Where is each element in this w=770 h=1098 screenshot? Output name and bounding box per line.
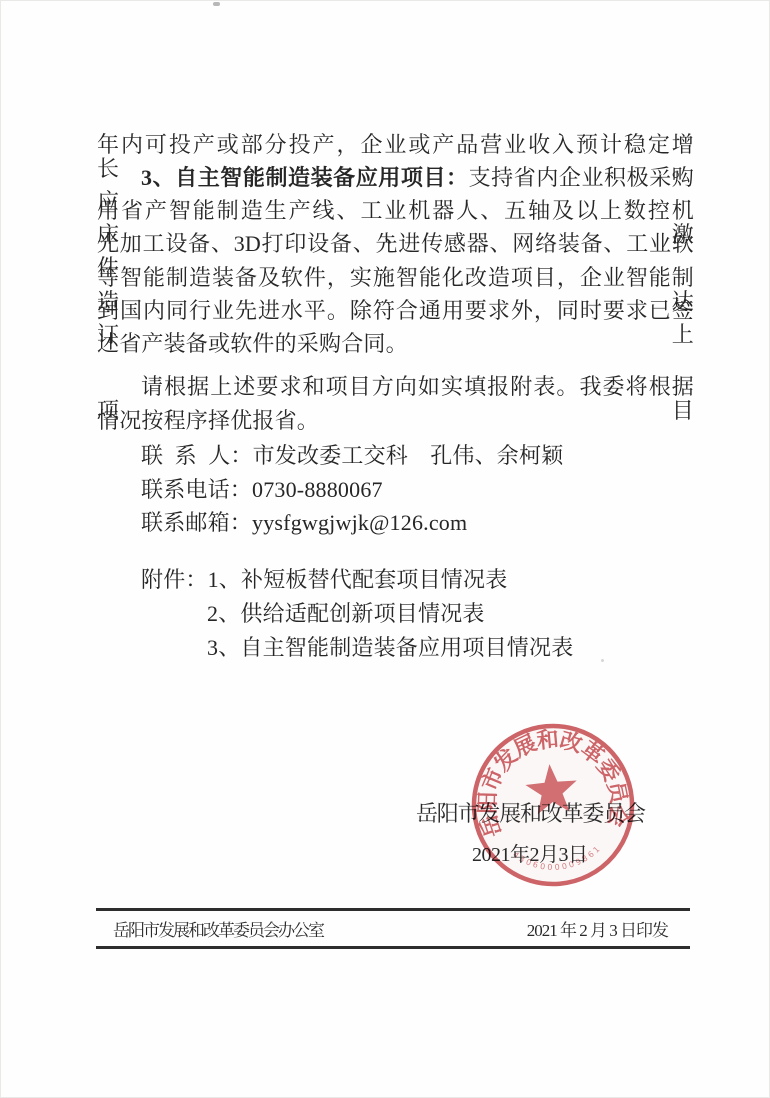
footer-rule-bottom <box>96 946 690 949</box>
body-line: 等智能制造装备及软件，实施智能化改造项目，企业智能制造达 <box>97 266 694 290</box>
scan-speck <box>213 2 220 6</box>
contact-email-line: 联系邮箱：yysfgwgjwjk@126.com <box>97 511 694 535</box>
attachments-line-3: 3、自主智能制造装备应用项目情况表 <box>207 636 770 660</box>
body-line: 述省产装备或软件的采购合同。 <box>97 332 694 356</box>
closing-line: 情况按程序择优报省。 <box>97 409 694 433</box>
body-line: 光加工设备、3D打印设备、先进传感器、网络装备、工业软件 <box>97 232 694 256</box>
body-line-item3-start: 3、自主智能制造装备应用项目：支持省内企业积极采购应 <box>97 166 694 190</box>
official-seal: 岳阳市发展和改革委员会 4306000009861 <box>458 710 649 901</box>
document-page: 年内可投产或部分投产，企业或产品营业收入预计稳定增长。 3、自主智能制造装备应用… <box>0 0 770 1098</box>
item3-heading: 3、自主智能制造装备应用项目： <box>141 165 469 190</box>
attachments-line-1: 附件：1、补短板替代配套项目情况表 <box>141 568 738 592</box>
contact-person-line: 联 系 人：市发改委工交科 孔伟、余柯颖 <box>97 444 694 468</box>
contact-phone-line: 联系电话：0730-8880067 <box>97 478 694 502</box>
attachments-line-2: 2、供给适配创新项目情况表 <box>207 602 770 626</box>
footer-issuer: 岳阳市发展和改革委员会办公室 <box>113 920 323 941</box>
footer-rule-top <box>96 908 690 911</box>
body-line-continuation: 年内可投产或部分投产，企业或产品营业收入预计稳定增长。 <box>97 133 694 157</box>
attachment-item: 1、补短板替代配套项目情况表 <box>208 567 508 592</box>
attachments-label: 附件： <box>141 567 208 592</box>
footer-print-date: 2021 年 2 月 3 日印发 <box>490 921 668 941</box>
closing-line: 请根据上述要求和项目方向如实填报附表。我委将根据项目 <box>97 375 694 399</box>
body-line: 到国内同行业先进水平。除符合通用要求外，同时要求已签订上 <box>97 299 694 323</box>
body-line: 用省产智能制造生产线、工业机器人、五轴及以上数控机床、激 <box>97 199 694 223</box>
